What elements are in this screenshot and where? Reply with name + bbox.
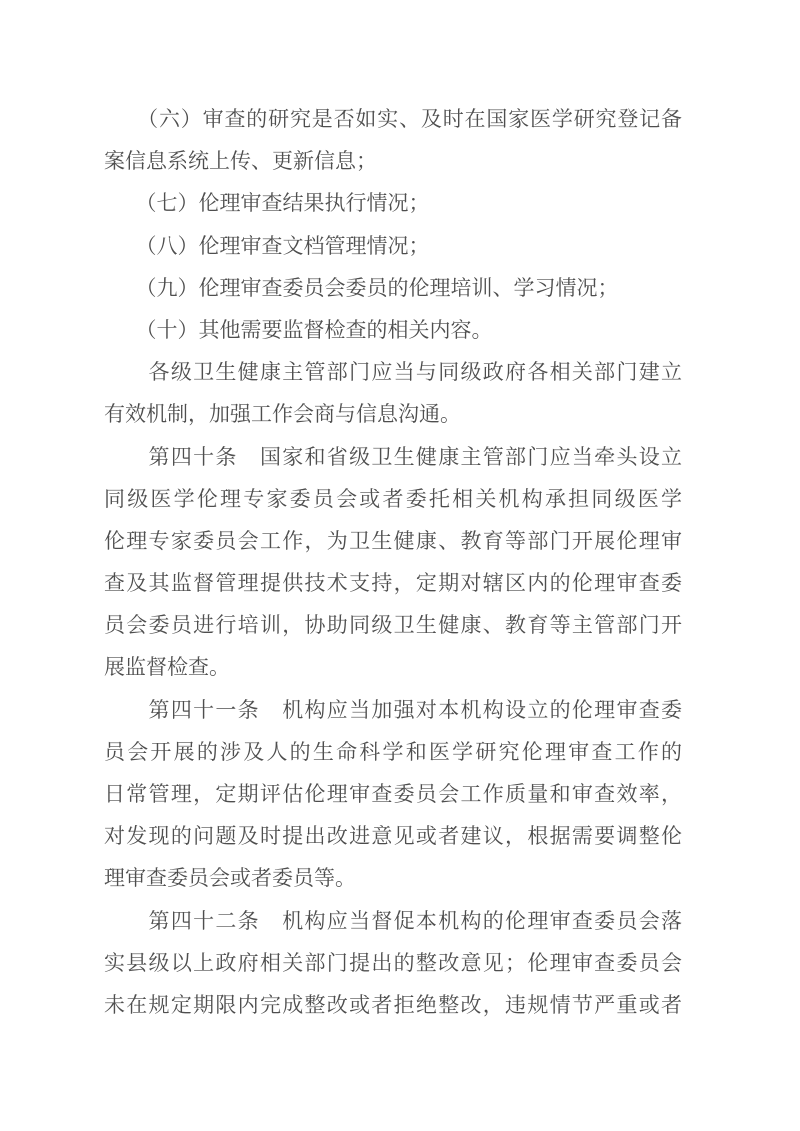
text-line: 查及其监督管理提供技术支持，定期对辖区内的伦理审查委 [104, 562, 682, 604]
text-line: 员会开展的涉及人的生命科学和医学研究伦理审查工作的 [104, 731, 682, 773]
text-line: 第四十一条 机构应当加强对本机构设立的伦理审查委 [104, 689, 682, 731]
text-line: （八）伦理审查文档管理情况； [104, 225, 682, 267]
text-line: 未在规定期限内完成整改或者拒绝整改，违规情节严重或者 [104, 984, 682, 1026]
text-line: 第四十条 国家和省级卫生健康主管部门应当牵头设立 [104, 436, 682, 478]
text-line: 有效机制，加强工作会商与信息沟通。 [104, 393, 682, 435]
text-line: 日常管理，定期评估伦理审查委员会工作质量和审查效率， [104, 773, 682, 815]
text-line: （六）审查的研究是否如实、及时在国家医学研究登记备 [104, 98, 682, 140]
text-line: （十）其他需要监督检查的相关内容。 [104, 309, 682, 351]
text-line: 理审查委员会或者委员等。 [104, 857, 682, 899]
text-line: 员会委员进行培训，协助同级卫生健康、教育等主管部门开 [104, 604, 682, 646]
text-line: 实县级以上政府相关部门提出的整改意见；伦理审查委员会 [104, 942, 682, 984]
text-line: 第四十二条 机构应当督促本机构的伦理审查委员会落 [104, 900, 682, 942]
document-page: （六）审查的研究是否如实、及时在国家医学研究登记备 案信息系统上传、更新信息； … [0, 0, 800, 1131]
text-line: 案信息系统上传、更新信息； [104, 140, 682, 182]
text-line: 伦理专家委员会工作，为卫生健康、教育等部门开展伦理审 [104, 520, 682, 562]
text-line: 各级卫生健康主管部门应当与同级政府各相关部门建立 [104, 351, 682, 393]
document-body: （六）审查的研究是否如实、及时在国家医学研究登记备 案信息系统上传、更新信息； … [104, 98, 682, 1026]
text-line: （七）伦理审查结果执行情况； [104, 182, 682, 224]
text-line: 展监督检查。 [104, 646, 682, 688]
text-line: 对发现的问题及时提出改进意见或者建议，根据需要调整伦 [104, 815, 682, 857]
text-line: 同级医学伦理专家委员会或者委托相关机构承担同级医学 [104, 478, 682, 520]
text-line: （九）伦理审查委员会委员的伦理培训、学习情况； [104, 267, 682, 309]
